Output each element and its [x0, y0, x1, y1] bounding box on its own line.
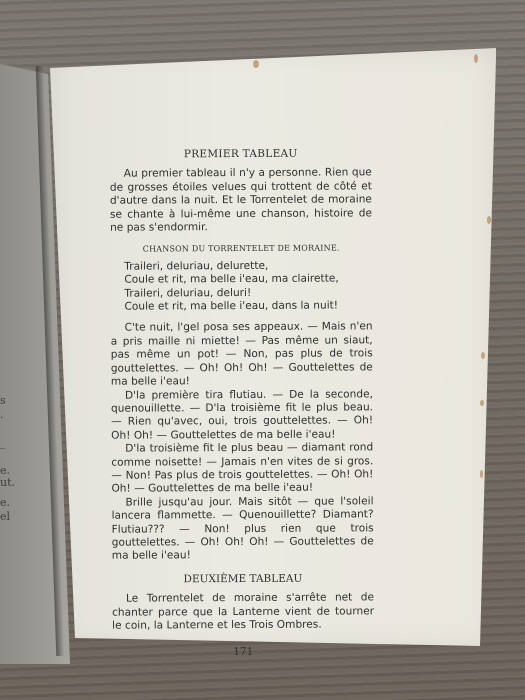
body-paragraph: C'te nuit, l'gel posa ses appeaux. — Mai… [111, 321, 373, 389]
left-page-fragment: e. [0, 496, 10, 509]
intro-paragraph: Au premier tableau il n'y a personne. Ri… [110, 167, 372, 235]
body-paragraph: D'la première tira flutiau. — De la seco… [111, 388, 373, 443]
closing-paragraph: Le Torrentelet de moraine s'arrête net d… [112, 591, 374, 633]
verse-line: Coule et rit, ma belle i'eau, dans la nu… [124, 299, 372, 314]
left-page-fragment: . [0, 408, 4, 421]
song-verse: Traileri, deluriau, delurette, Coule et … [124, 259, 372, 314]
foxing-stain [480, 400, 484, 406]
left-page-fragment: _ [0, 436, 6, 449]
left-page-fragment: el [0, 510, 10, 523]
body-paragraph: Brille jusqu'au jour. Mais sitôt — que l… [111, 495, 373, 563]
body-paragraph: D'la troisième fit le plus beau — diaman… [111, 441, 373, 496]
page-text: PREMIER TABLEAU Au premier tableau il n'… [110, 147, 375, 660]
foxing-stain [474, 54, 478, 63]
foxing-stain [253, 60, 259, 68]
left-page-fragment: ut. [0, 476, 15, 489]
verse-line: Traileri, deluriau, delurette, [124, 259, 372, 274]
section-heading-deuxieme-tableau: DEUXIÈME TABLEAU [112, 572, 374, 587]
left-page-fragment: s [0, 394, 6, 407]
foxing-stain [480, 470, 483, 478]
song-title: CHANSON DU TORRENTELET DE MORAINE. [110, 242, 372, 257]
foxing-stain [487, 216, 491, 224]
page-number: 171 [112, 646, 374, 661]
verse-line: Traileri, deluriau, deluri! [124, 286, 372, 301]
section-heading-premier-tableau: PREMIER TABLEAU [110, 147, 372, 162]
foxing-stain [481, 352, 485, 359]
verse-line: Coule et rit, ma belle i'eau, ma clairet… [124, 273, 372, 288]
